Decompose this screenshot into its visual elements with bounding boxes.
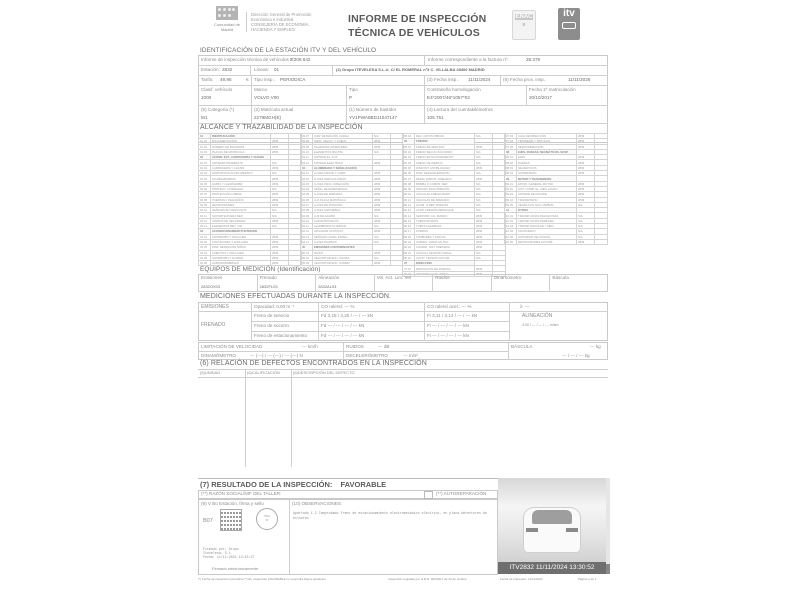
service-brake-label: Freno de servicio [254, 313, 289, 319]
speed-limit-label: LIMITACIÓN DE VELOCIDAD [201, 344, 262, 350]
inspection-report-page: Comunidad de Madrid Dirección General de… [198, 0, 608, 600]
invoice-label: Informe correspondiente a la factura nº: [428, 57, 509, 63]
dynamometer-value: --- (---) / --- (---) / --- (---) N [250, 353, 303, 359]
alignment-label: ALINEACIÓN [522, 313, 552, 319]
noise-value: --- dB [378, 344, 389, 350]
scope-code: 10.06 [505, 239, 517, 244]
measurements-section-title: MEDICIONES EFECTUADAS DURANTE LA INSPECC… [200, 293, 391, 300]
inspection-date: 11/11/2024 [468, 77, 490, 83]
equipment-label: Vel. Act. Lim. Vel [377, 275, 411, 281]
vehicle-class: 1000 [201, 95, 211, 101]
approval-code: B07 [203, 518, 213, 524]
scope-row: 10.06RETROVISORES AUTOPR.2839 [505, 239, 608, 244]
self-repair-label: (**) AUTOREPARACIÓN [436, 491, 486, 497]
equipment-label: Frenado [260, 275, 277, 281]
report-number-label: Informe de inspección técnica de vehícul… [201, 57, 296, 63]
inspection-type: PERIODICA [280, 77, 305, 83]
scope-column-2: 03.07DISP. RETENCIÓN CARGAN/A03.08INDIC.… [300, 133, 404, 266]
defects-section-title: (6) RELACIÓN DE DEFECTOS ENCONTRADOS EN … [200, 360, 427, 367]
opacity: Opacidad: 0,00 m⁻¹ [254, 304, 294, 310]
scope-section-title: ALCANCE Y TRAZABILIDAD DE LA INSPECCIÓN [200, 124, 363, 131]
equipment-id: 2832FL03 [260, 284, 278, 290]
type-label: Tipo insp.: [254, 77, 275, 83]
homologation-label: Contraseña homologación [427, 87, 481, 93]
lines: 01 [274, 67, 279, 73]
title-line-2: TÉCNICA DE VEHÍCULOS [348, 26, 486, 40]
enac-subtext: ≡ [513, 22, 535, 28]
category-label: (5) Categoría (*) [201, 107, 234, 113]
fee: 49,95 [220, 77, 232, 83]
car-icon [562, 22, 576, 29]
vin: YV1PWA8BDJ1047147 [349, 115, 397, 121]
station-label: Estación: [201, 67, 220, 73]
enac-label: ENAC [515, 14, 533, 20]
official-stamp-icon: ITEV★ [256, 508, 278, 530]
self-repair-checkbox[interactable] [424, 491, 433, 499]
defect-unit-header: (6)UNIDAD [200, 370, 220, 376]
scope-blank [595, 239, 608, 244]
plate: 2279MGH(E) [254, 115, 281, 121]
scope-value: 2839 [373, 261, 391, 266]
lines-label: Líneas: [254, 67, 269, 73]
comunidad-madrid-logo: Comunidad de Madrid [212, 6, 242, 38]
observations-text: Apartado 1.2 Comprobado freno de estacio… [293, 511, 493, 520]
equipment-label: Dinamómetro [494, 275, 522, 281]
next-inspection-date: 11/11/2026 [568, 77, 590, 83]
report-number: 2.208.642 [290, 57, 310, 63]
photo-scrollbar[interactable] [606, 478, 610, 574]
equipment-label: Alineación [318, 275, 339, 281]
result-title: (7) RESULTADO DE LA INSPECCIÓN: FAVORABL… [200, 480, 386, 489]
fee-label: Tarifa: [201, 77, 214, 83]
alignment-value: 4,00 / --- / --- / --- m/km [522, 322, 559, 328]
vehicle-photo: ITV2832 11/11/2024 13:30:52 [498, 478, 606, 574]
scale-value-1: --- kg [590, 344, 601, 350]
class-label: Clasif. vehículo [201, 87, 232, 93]
equipment-label: Emisiones [201, 275, 222, 281]
observations-label: (10) OBSERVACIONES: [292, 501, 342, 507]
lambda: λ: --- [520, 304, 529, 310]
equipment-section-title: EQUIPOS DE MEDICIÓN (Identificación) [200, 266, 320, 273]
parking-brake-label: Freno de estacionamiento [254, 333, 307, 339]
print-date: Fecha de impresión: 11/11/2024 [500, 576, 543, 582]
emergency-brake-right: Fd --- / --- / --- / --- kN [321, 323, 364, 329]
itv-label: itv [558, 8, 580, 19]
title-line-1: INFORME DE INSPECCIÓN [348, 12, 486, 26]
enac-logo: ENAC ≡ [512, 10, 536, 40]
scale-value-2: --- / --- / --- kg [562, 353, 590, 359]
approval-label: (9) V Bo Estación, firma y sello [201, 501, 264, 507]
co-idle: CO ralentí: --- % [321, 304, 354, 310]
scrollbar-thumb[interactable] [606, 564, 610, 574]
operator-address: (2) Grupo ITEVELESA S.L.U. C/ EL ROMERAL… [336, 67, 485, 73]
braking-label: FRENADO [201, 322, 225, 328]
equipment-id: 2832OX03 [201, 284, 220, 290]
photo-caption: ITV2832 11/11/2024 13:30:52 [498, 562, 606, 574]
currency: € [246, 77, 249, 83]
decelerometer-value: --- m/s² [403, 353, 418, 359]
signature-line-3: Fecha: 11/11/2024 13:43:37 [203, 555, 254, 559]
co-idle-accelerated: CO ralentí acel.: --- % [427, 304, 471, 310]
footnote-left: (*) Fecha de inspección periódica (**) E… [198, 576, 326, 582]
result-value: FAVORABLE [340, 480, 386, 489]
homologation: E4*2007/46*1057*02 [427, 95, 470, 101]
scope-label: RETROVISORES AUTOPR. [517, 239, 577, 244]
first-reg-label: Fecha 1ª matriculación [529, 87, 576, 93]
scope-value: 2839 [577, 239, 595, 244]
emissions-label: EMISIONES [201, 304, 229, 310]
service-brake-left: Fi 3,11 / 3,12 / --- / --- kN [427, 313, 477, 319]
model-label: Tipo [349, 87, 358, 93]
scope-label: ACOND. EXT., CARROCERÍA Y CHASIS [211, 155, 271, 160]
defect-description-header: (6)DESCRIPCIÓN DEL DEFECTO [293, 370, 355, 376]
emergency-brake-label: Freno de socorro [254, 323, 289, 329]
first-registration: 20/10/2017 [529, 95, 552, 101]
scope-column-1: 01IDENTIFICACIÓN01.01DOCUMENTACIÓN283901… [198, 133, 302, 266]
scale-label: BÁSCULA [511, 344, 532, 350]
brand-label: Marca [254, 87, 267, 93]
defect-rating-header: (6)CALIFICACIÓN [247, 370, 280, 376]
plate-label: (2) Matrícula actual [254, 107, 293, 113]
stars-flag-icon [216, 6, 238, 20]
e-signed-label: Firmado electrónicamente [212, 566, 258, 572]
itv-logo: itv [558, 8, 580, 40]
identification-section-title: IDENTIFICACIÓN DE LA ESTACIÓN ITV Y DEL … [200, 47, 376, 54]
equipment-label: Báscula [552, 275, 568, 281]
service-brake-right: Fd 3,18 / 3,20 / --- / --- kN [321, 313, 373, 319]
department-text: Dirección General de Promoción Económica… [246, 12, 331, 32]
scope-label: VEH MOTOR ENC. COMPR. [313, 261, 373, 266]
invoice-number: 28.378 [526, 57, 540, 63]
dynamometer-label: DINAMÓMETRO [201, 353, 236, 359]
workshop-label: (**) RAZÓN SOCIAL/NIF DEL TALLER: [201, 491, 281, 497]
decelerometer-label: DECELERÓMETRO [346, 353, 388, 359]
org-name: Comunidad de Madrid [212, 22, 242, 32]
next-date-label: (8) Fecha prox. insp.: [503, 77, 546, 83]
parking-brake-left: Fi --- / --- / --- / --- kN [427, 333, 469, 339]
odometer-label: (4) Lectura del cuentakilómetros [427, 107, 493, 113]
station: 2832 [222, 67, 232, 73]
footnote-right: Inspección regulada por el R.D. 920/2017… [388, 576, 467, 582]
page-number: Página 1 de 1 [578, 576, 597, 582]
model: P [349, 95, 352, 101]
scope-column-4: 07.03CAJA DE DIRECCIÓN283907.04TIMONERÍA… [504, 133, 608, 245]
equipment-id: 2832AL03 [318, 284, 336, 290]
scope-column-3: 05.04REC. DATOS OBFCMN/A06FRENOS06.01FRE… [402, 133, 506, 277]
category: M1 [201, 115, 207, 121]
noise-label: RUIDOS [346, 344, 364, 350]
speed-limit-value: --- km/h [302, 344, 318, 350]
vin-label: (1) Número de bastidor [349, 107, 396, 113]
dept-line: HACIENDA Y EMPLEO [251, 27, 331, 32]
equipment-label: Ruidos [435, 275, 449, 281]
date-label: (3) Fecha insp.: [427, 77, 459, 83]
qr-code-icon [220, 509, 242, 531]
result-label: (7) RESULTADO DE LA INSPECCIÓN: [200, 480, 332, 489]
scope-label: EJES, RUEDAS, NEUMÁTICOS, SUSP. [517, 149, 577, 154]
emergency-brake-left: Fi --- / --- / --- / --- kN [427, 323, 469, 329]
brand: VOLVO V90 [254, 95, 279, 101]
report-title: INFORME DE INSPECCIÓN TÉCNICA DE VEHÍCUL… [348, 12, 486, 40]
parking-brake-right: Fd --- / --- / --- / --- kN [321, 333, 364, 339]
odometer: 105.751 [427, 115, 444, 121]
